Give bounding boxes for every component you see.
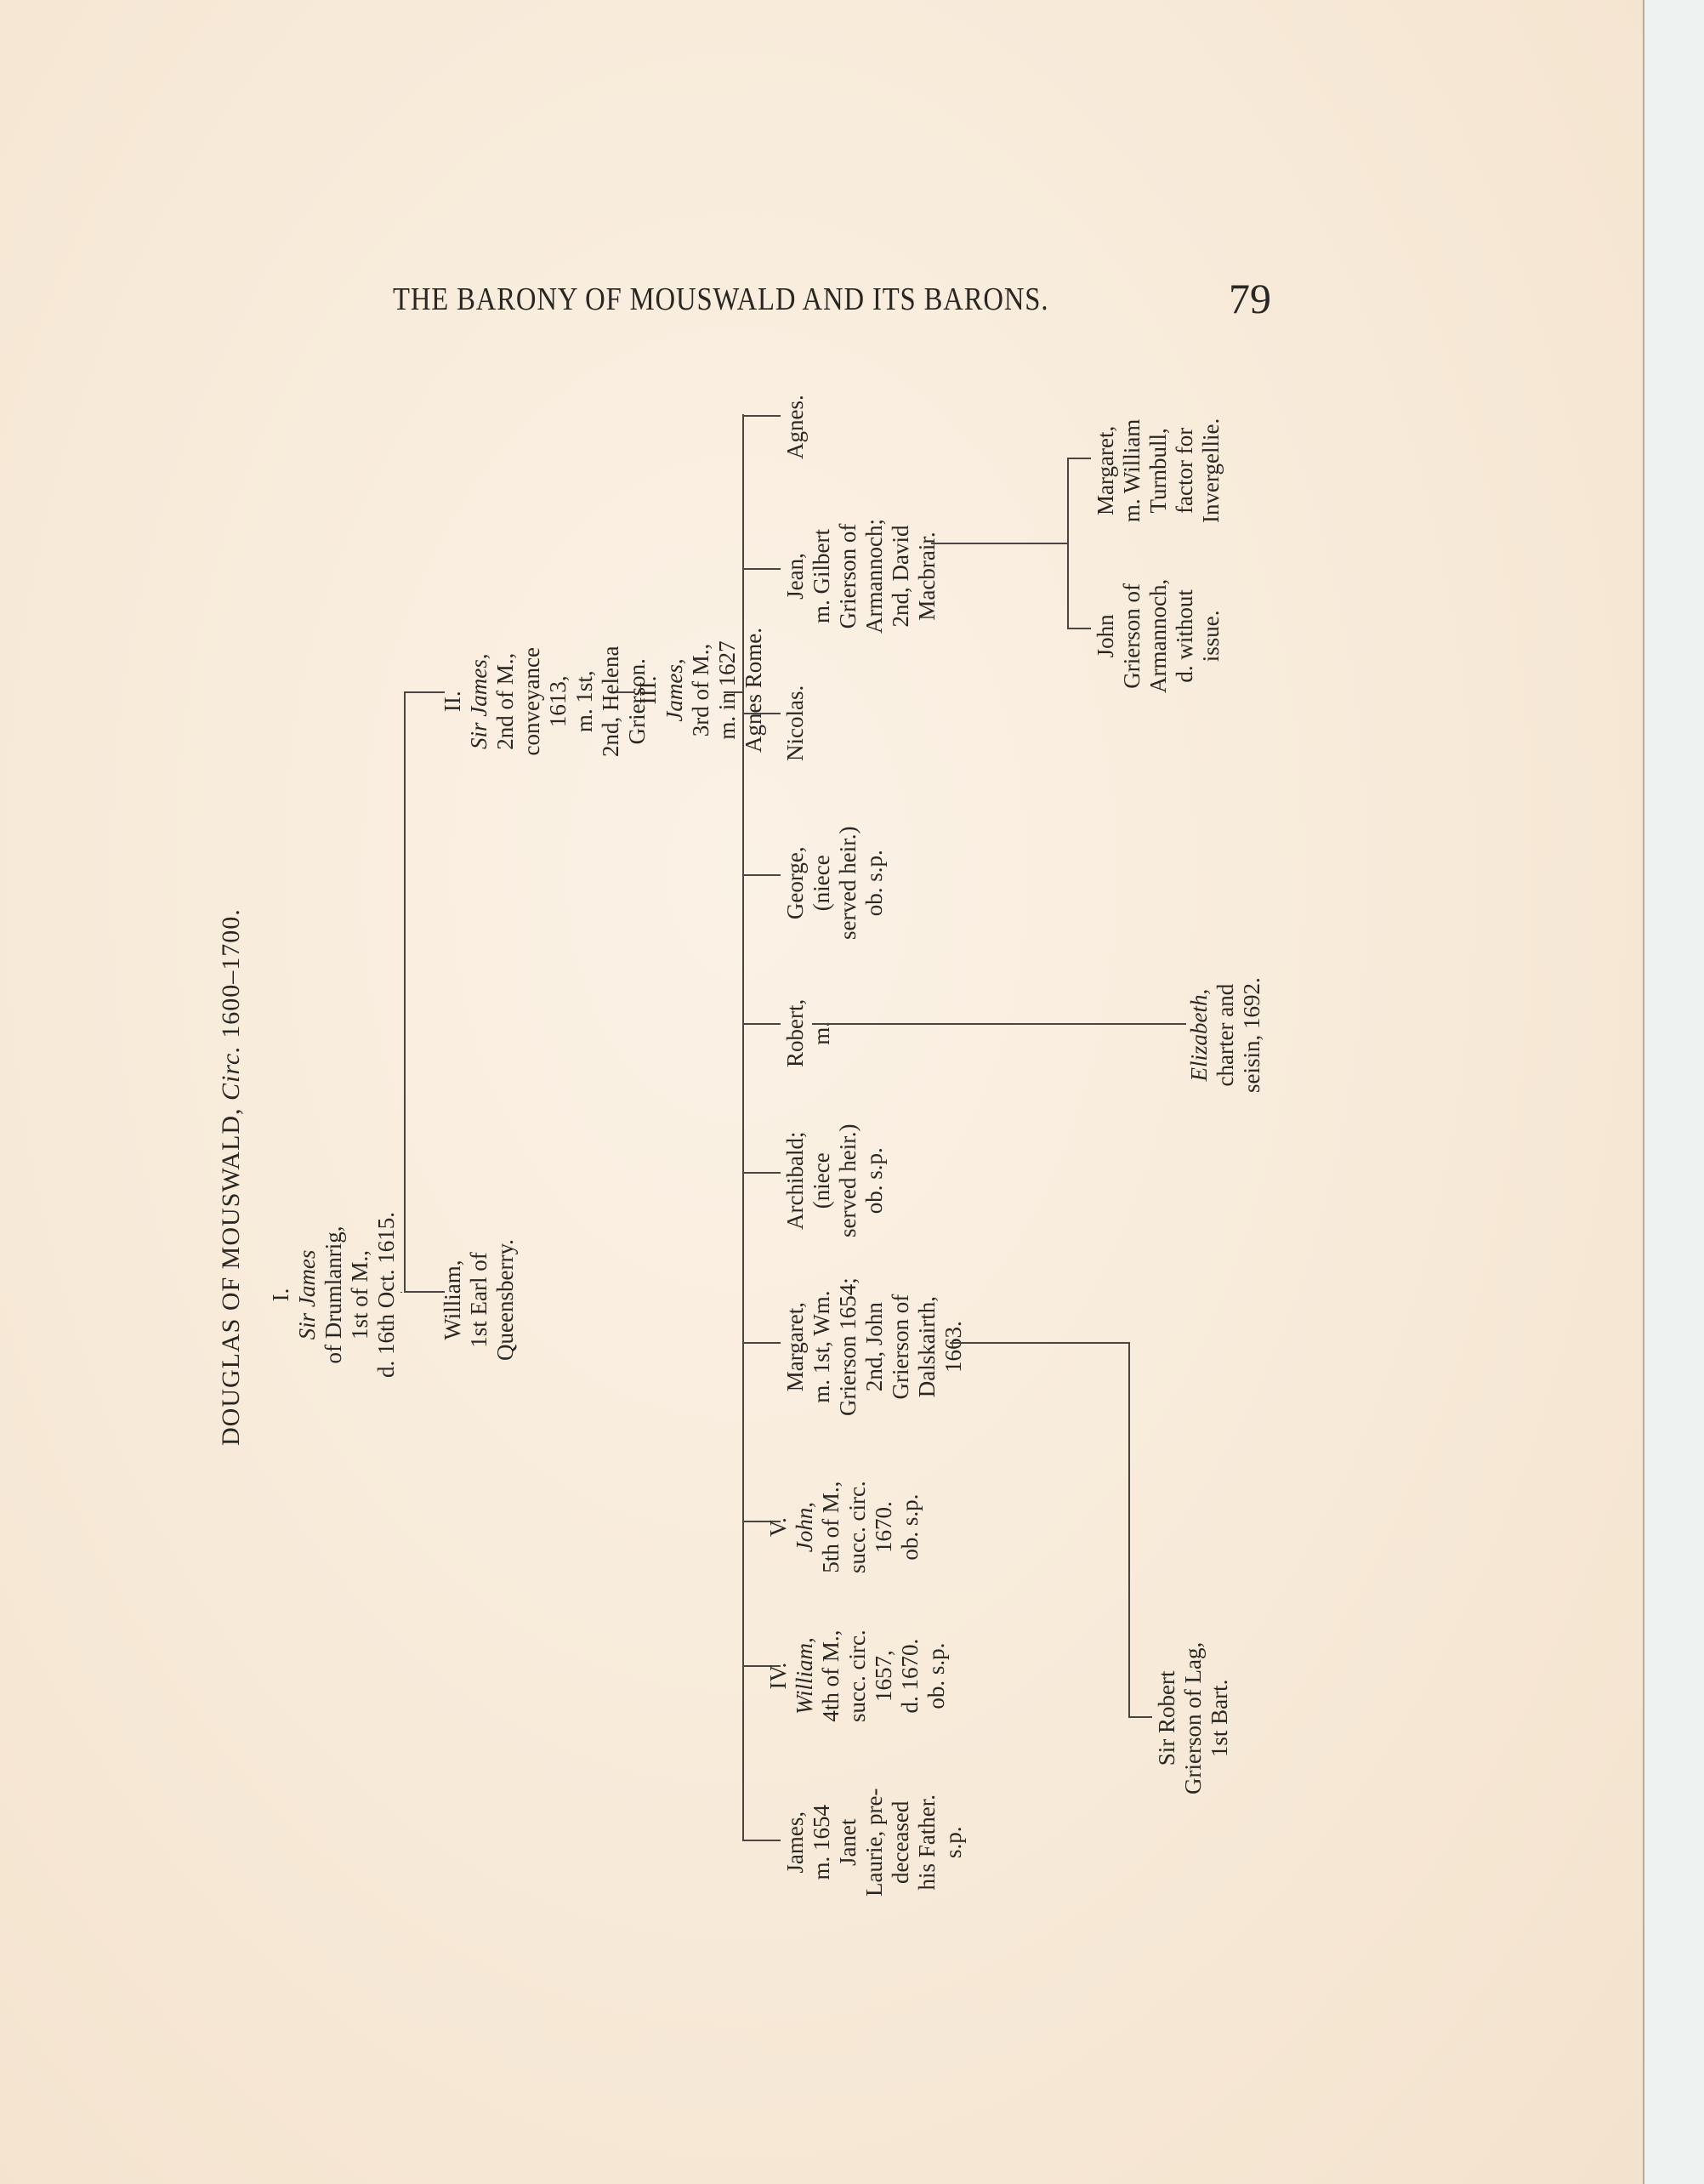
- gen4-bar: [742, 414, 744, 1841]
- connector: [812, 1023, 1186, 1025]
- person-john-grierson-armannoch: John Grierson of Armannoch, d. without i…: [1093, 579, 1224, 693]
- connector: [1067, 458, 1091, 459]
- connector: [931, 543, 1067, 544]
- person-robert: Robert, m.: [782, 999, 835, 1067]
- connector: [1067, 628, 1091, 629]
- person-nicolas: Nicolas.: [782, 685, 809, 761]
- connector: [742, 415, 781, 417]
- genealogy-chart: DOUGLAS OF MOUSWALD, Circ. 1600–1700. I.…: [217, 408, 1263, 1905]
- book-page: THE BARONY OF MOUSWALD AND ITS BARONS. 7…: [0, 0, 1644, 2184]
- running-head: THE BARONY OF MOUSWALD AND ITS BARONS.: [393, 281, 1048, 318]
- connector: [1128, 1716, 1152, 1718]
- chart-title: DOUGLAS OF MOUSWALD, Circ. 1600–1700.: [217, 908, 246, 1446]
- person-sir-james-2nd: II. Sir James, 2nd of M., conveyance 161…: [440, 646, 650, 757]
- connector: [400, 1292, 402, 1293]
- connector: [742, 568, 781, 570]
- connector: [742, 1172, 781, 1174]
- page-number: 79: [1229, 274, 1271, 323]
- connector: [404, 1291, 445, 1293]
- connector: [616, 691, 635, 693]
- person-sir-james-drumlanrig: I. Sir James of Drumlanrig, 1st of M., d…: [268, 1212, 400, 1378]
- person-james-1654: James, m. 1654 Janet Laurie, pre- deceas…: [782, 1789, 967, 1897]
- person-james-3rd: III. James, 3rd of M., m. in 1627 Agnes …: [635, 628, 767, 753]
- connector: [1067, 459, 1069, 629]
- person-agnes: Agnes.: [782, 395, 809, 459]
- person-john-5th: V. John, 5th of M., succ. circ. 1670. ob…: [765, 1481, 923, 1573]
- person-william-queensberry: William, 1st Earl of Queensberry.: [440, 1239, 519, 1361]
- person-george: George, (niece served heir.) ob. s.p.: [782, 827, 888, 940]
- person-margaret-grierson: Margaret, m. 1st, Wm. Grierson 1654; 2nd…: [782, 1277, 967, 1416]
- connector: [1128, 1342, 1130, 1718]
- person-jean: Jean, m. Gilbert Grierson of Armannoch; …: [782, 519, 940, 634]
- person-margaret-turnbull: Margaret, m. William Turnbull, factor fo…: [1093, 418, 1224, 523]
- person-elizabeth: Elizabeth, charter and seisin, 1692.: [1186, 977, 1265, 1093]
- connector: [742, 1840, 781, 1841]
- person-sir-robert-grierson: Sir Robert Grierson of Lag, 1st Bart.: [1154, 1642, 1233, 1794]
- person-archibald: Archibald; (niece served heir.) ob. s.p.: [782, 1124, 888, 1237]
- connector: [742, 874, 781, 876]
- connector: [742, 1023, 781, 1025]
- connector: [950, 1342, 1128, 1344]
- connector: [404, 691, 445, 693]
- gen2-bar: [404, 693, 406, 1293]
- connector: [724, 691, 742, 693]
- person-william-4th: IV. William, 4th of M., succ. circ. 1657…: [765, 1629, 950, 1722]
- connector: [742, 1342, 781, 1344]
- connector: [742, 713, 781, 714]
